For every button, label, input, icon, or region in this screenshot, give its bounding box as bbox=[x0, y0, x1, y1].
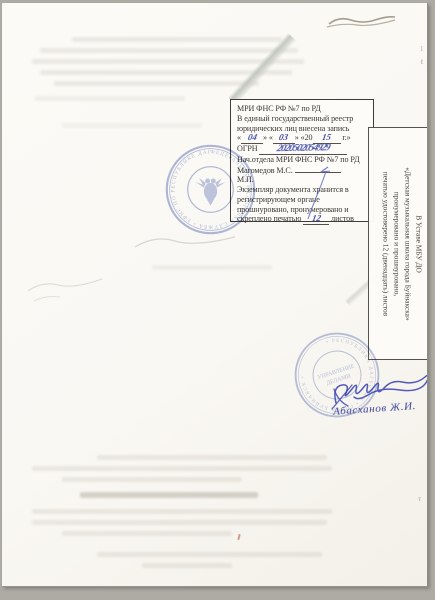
handwritten-year: 15 bbox=[321, 133, 331, 142]
lacing-line: пронумеровано и прошнуровано, bbox=[391, 127, 402, 360]
lacing-certification-box: В Уставе МБУ ДО «Детская музыкальная шко… bbox=[368, 127, 428, 360]
ghost-text-line bbox=[54, 81, 259, 86]
eagle-emblem-icon bbox=[195, 178, 225, 206]
edge-mark: т bbox=[418, 495, 421, 503]
ghost-text-line bbox=[72, 37, 282, 42]
ghost-text-line bbox=[35, 96, 185, 101]
lacing-line: печатью удостоверено 12 (двенадцать) лис… bbox=[380, 127, 391, 360]
ghost-text-line bbox=[32, 520, 327, 525]
fold-crease bbox=[228, 33, 297, 106]
official-signature-stroke bbox=[284, 161, 336, 225]
lacing-line: «Детская музыкальная школа города Буйнак… bbox=[402, 127, 413, 360]
page: 1 ℓ т МРИ ФНС РФ №7 по РД В единый госуд… bbox=[2, 3, 428, 587]
ghost-text-line bbox=[62, 531, 232, 536]
ghost-text-line bbox=[142, 563, 232, 568]
lacing-rotated-text: В Уставе МБУ ДО «Детская музыкальная шко… bbox=[368, 127, 428, 360]
red-mark bbox=[237, 534, 240, 540]
ghost-text-line bbox=[62, 477, 242, 482]
handwritten-day: 04 bbox=[247, 133, 257, 142]
stamp-box-title: МРИ ФНС РФ №7 по РД bbox=[237, 104, 368, 114]
date-template: г.» bbox=[341, 133, 351, 142]
date-template: » «20 bbox=[295, 133, 313, 142]
ghost-text-line bbox=[62, 123, 202, 128]
lacing-line: В Уставе МБУ ДО bbox=[413, 127, 424, 360]
ghost-text-line bbox=[32, 509, 332, 514]
ghost-text-line bbox=[97, 552, 322, 557]
pencil-scribble bbox=[325, 11, 401, 31]
scanned-document: 1 ℓ т МРИ ФНС РФ №7 по РД В единый госуд… bbox=[0, 0, 435, 600]
pencil-squiggle bbox=[24, 267, 108, 305]
ghost-text-line bbox=[152, 265, 272, 270]
edge-mark: ℓ bbox=[420, 58, 423, 66]
ghost-text-line bbox=[32, 466, 332, 471]
ghost-heading-line bbox=[80, 492, 258, 498]
handwritten-ogrn: 2020502054929 bbox=[276, 144, 331, 155]
registry-line: В единый государственный реестр bbox=[237, 114, 368, 124]
date-template: » « bbox=[263, 133, 273, 142]
ghost-text-line bbox=[97, 455, 327, 460]
ghost-text-line bbox=[40, 48, 298, 53]
edge-mark: 1 bbox=[420, 45, 424, 53]
tax-service-round-stamp: ФЕДЕРАЛЬНАЯ НАЛОГОВАЯ СЛУЖБА • УФНС ПО Р… bbox=[163, 142, 258, 237]
handwritten-month: 03 bbox=[279, 133, 289, 142]
